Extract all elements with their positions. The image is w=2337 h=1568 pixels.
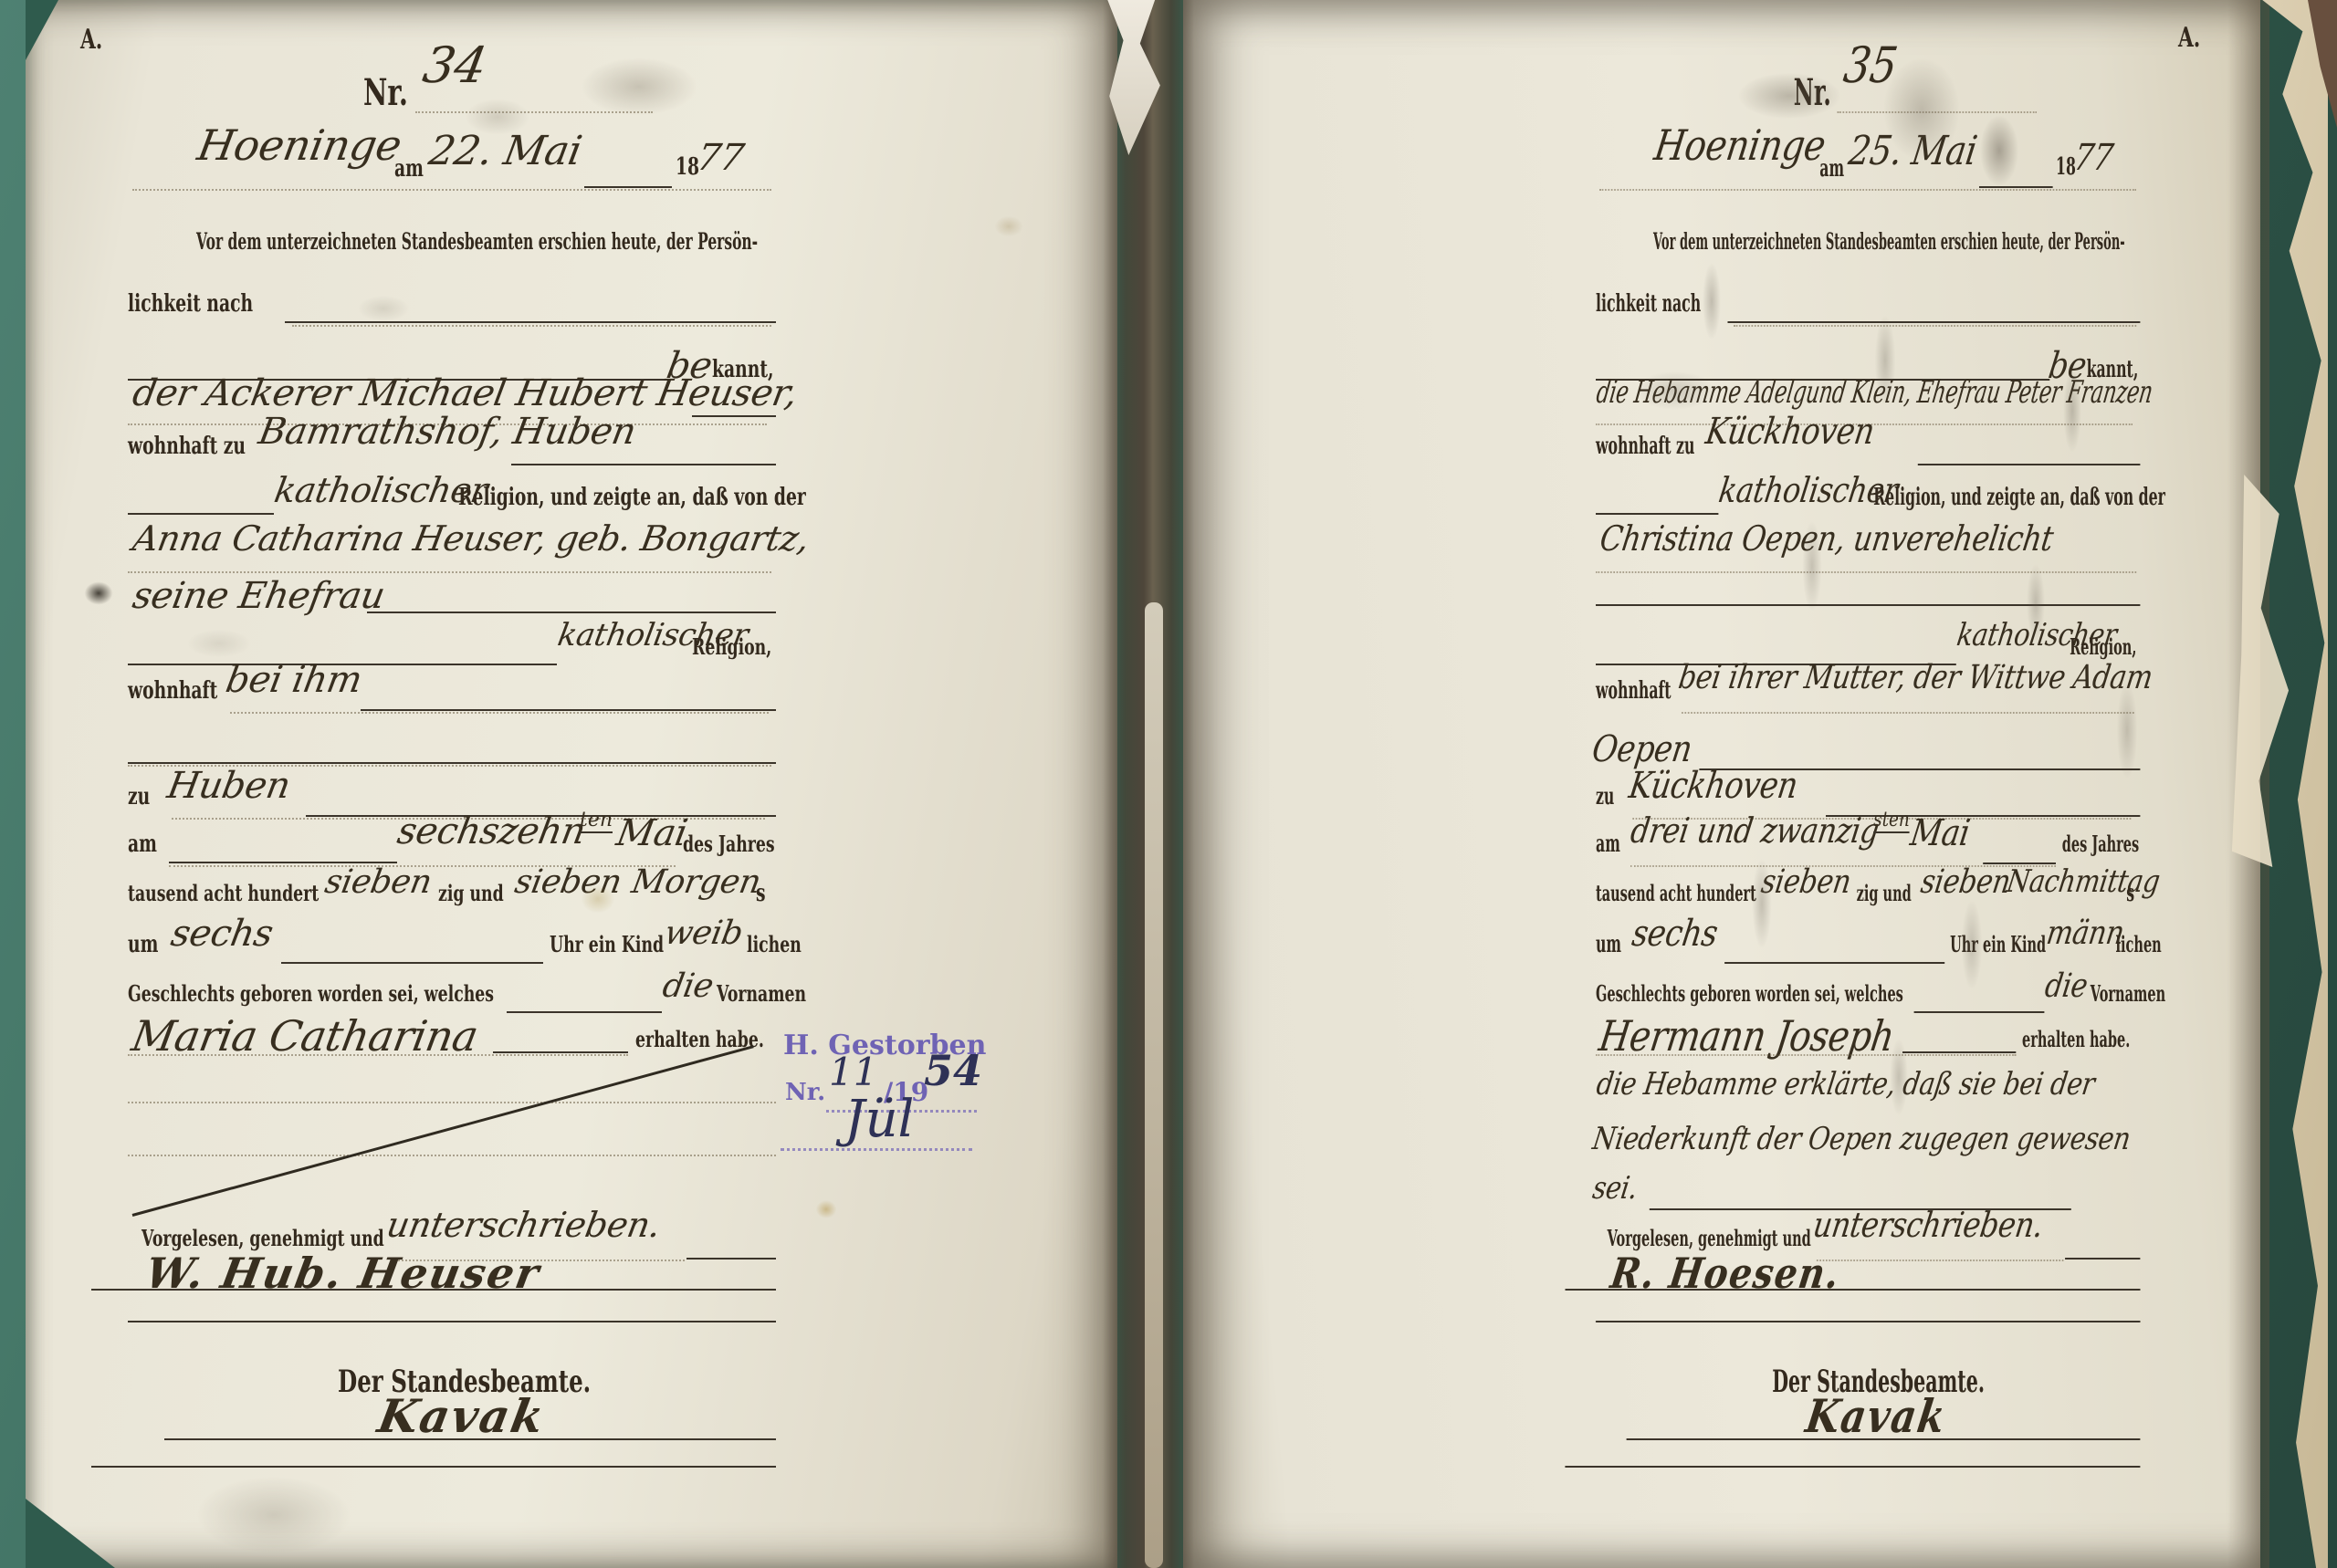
zig-und-label: zig und [1857,880,1912,906]
form-rule [1979,186,2053,188]
dotted-rule [128,1102,776,1103]
article-handwritten: die [660,967,717,1005]
registrar-signature: Kavak [1802,1389,1950,1443]
form-rule [128,513,274,515]
intro-line1: Vor dem unterzeichneten Standesbeamten e… [1653,228,2125,255]
ordinal-suffix: sten [1873,809,1910,833]
form-rule [584,186,672,188]
stamp-number-handwritten: 11 [829,1050,877,1094]
dotted-rule [128,1054,628,1056]
form-rule [1727,321,2140,323]
vorgelesen-label: Vorgelesen, genehmigt und [1608,1225,1811,1251]
ordinal-suffix: ten [580,809,613,833]
form-rule [361,709,776,711]
geschlechts-line: Geschlechts geboren worden sei, welches [128,980,494,1007]
residence-handwritten: Bamrathshof, Huben [256,411,639,453]
dotted-rule [132,189,771,191]
form-rule [1914,1011,2045,1013]
sex-handwritten: weib [662,915,746,952]
birth-month-handwritten: Mai [1908,812,1973,854]
decade-handwritten: sieben [322,863,435,901]
right-form-block: Nr. 35 Hoeninge am 25. Mai 18 77 Vor dem… [1596,0,2140,1568]
record-number: 35 [1840,37,1901,94]
uhr-ein-kind-label: Uhr ein Kind [550,931,664,957]
des-jahres-label: des Jahres [683,831,775,857]
erhalten-habe-label: erhalten habe. [2022,1026,2130,1052]
form-rule [686,1258,776,1260]
am-label2: am [1596,831,1620,858]
geschlechts-line: Geschlechts geboren worden sei, welches [1596,980,1903,1007]
registrar-signature: Kavak [374,1389,550,1443]
s-suffix-label: s [2126,880,2134,907]
form-rule [1596,1321,2140,1322]
stamp-dotted-rule [781,1148,972,1151]
left-page: A. Nr. 34 Hoeninge am 22. Mai 18 77 Vor … [26,0,1117,1568]
form-rule [91,1466,776,1468]
year-handwritten: 77 [2071,137,2116,179]
dotted-rule [292,325,771,327]
unterschrieben-handwritten: unterschrieben. [383,1205,664,1245]
form-rule [367,612,776,613]
uhr-ein-kind-label: Uhr ein Kind [1950,931,2046,957]
birth-day-handwritten: drei und zwanzig [1628,810,1881,851]
unit-handwritten: sieben [1918,863,2012,901]
des-jahres-label: des Jahres [2062,831,2139,857]
lichen-label: lichen [747,931,802,957]
place-handwritten: Hoeninge [194,120,404,170]
residence-handwritten: Kückhoven [1703,411,1878,453]
left-form-block: Nr. 34 Hoeninge am 22. Mai 18 77 Vor dem… [128,0,776,1568]
dotted-rule [128,1155,776,1156]
nr-label: Nr. [1794,71,1831,114]
corner-letter-left: A. [80,24,102,56]
nr-label: Nr. [363,71,408,114]
zig-und-label: zig und [438,880,504,906]
daypart-handwritten: Morgen [629,863,764,901]
midwife-note-line1: die Hebamme erklärte, daß sie bei der [1594,1066,2097,1103]
dotted-rule [1734,325,2136,327]
mother-line: Anna Catharina Heuser, geb. Bongartz, [130,518,812,559]
child-name-handwritten: Maria Catharina [128,1011,481,1061]
form-rule [511,464,776,465]
form-rule [164,1438,776,1440]
birth-place-handwritten: Huben [164,765,293,807]
um-label: um [128,931,158,958]
wohnhaft-zu-label: wohnhaft zu [1596,433,1694,460]
religion-anzeige-label: Religion, und zeigte an, daß von der [458,484,806,511]
midwife-note-line2: Niederkunft der Oepen zugegen gewesen [1590,1121,2133,1157]
form-rule [128,762,776,764]
zu-label: zu [1596,783,1614,810]
form-rule [1918,464,2141,465]
corner-letter-right: A. [2178,22,2200,54]
um-label: um [1596,931,1621,958]
form-rule [1724,962,1944,964]
midwife-note-line3: sei. [1590,1170,1640,1207]
dotted-rule [1682,712,2134,714]
form-rule [1902,1051,2016,1053]
decade-handwritten: sieben [1759,863,1853,901]
lives-with-handwritten: bei ihm [223,659,365,701]
record-number: 34 [419,37,491,94]
stamp-year-handwritten: 54 [924,1046,982,1095]
religion-label: Religion, [692,633,771,660]
form-rule [507,1011,662,1013]
stamp-nr-label: Nr. [785,1079,825,1106]
declarant-line: der Ackerer Michael Hubert Heuser, [130,372,801,414]
tausend-label: tausend acht hundert [128,880,319,906]
vornamen-label: Vornamen [2091,980,2165,1007]
cancellation-slash [132,1045,754,1217]
form-rule [1627,1438,2141,1440]
dotted-rule [1838,111,2037,113]
form-rule [128,1321,776,1322]
lichen-label: lichen [2116,931,2162,957]
form-rule [493,1051,628,1053]
declarant-line: die Hebamme Adelgund Klein, Ehefrau Pete… [1594,374,2154,411]
mother-line: Christina Oepen, unverehelicht [1598,518,2056,559]
dotted-rule [1596,571,2136,573]
sex-handwritten: männ [2044,915,2126,952]
form-rule [281,962,543,964]
am-label: am [1819,155,1844,183]
dotted-rule [415,111,653,113]
form-rule [1565,1466,2140,1468]
daypart-handwritten: Nachmittag [2005,863,2163,900]
unterschrieben-handwritten: unterschrieben. [1810,1205,2046,1245]
hour-handwritten: sechs [168,913,277,955]
intro-line2: lichkeit nach [128,290,253,318]
form-rule [1596,513,1718,515]
birth-place-handwritten: Kückhoven [1627,765,1801,807]
wohnhaft-label: wohnhaft [1596,677,1672,705]
religion-anzeige-label: Religion, und zeigte an, daß von der [1873,484,2165,511]
vornamen-label: Vornamen [717,980,806,1007]
date-handwritten: 22. Mai [425,128,585,174]
hour-handwritten: sechs [1630,913,1721,955]
registry-book-scan: A. Nr. 34 Hoeninge am 22. Mai 18 77 Vor … [0,0,2337,1568]
intro-line2: lichkeit nach [1596,290,1701,318]
am-label2: am [128,831,157,858]
am-label: am [394,155,424,183]
form-rule [285,321,776,323]
right-page: A. Nr. 35 Hoeninge am 25. Mai 18 77 Vor … [1183,0,2260,1568]
dotted-rule [128,571,771,573]
birth-month-handwritten: Mai [613,812,690,854]
s-suffix-label: s [756,880,766,907]
tausend-label: tausend acht hundert [1596,880,1756,906]
wohnhaft-zu-label: wohnhaft zu [128,433,246,460]
form-rule [1596,604,2140,606]
child-name-handwritten: Hermann Joseph [1596,1011,1897,1061]
religion-label: Religion, [2070,633,2136,660]
form-rule [1565,1289,2140,1291]
year-handwritten: 77 [694,137,747,179]
vorgelesen-label: Vorgelesen, genehmigt und [141,1225,384,1251]
dotted-rule [230,712,769,714]
dotted-rule [1817,1260,2063,1261]
unit-handwritten: sieben [512,863,624,901]
intro-line1: Vor dem unterzeichneten Standesbeamten e… [196,228,758,255]
birth-day-handwritten: sechszehn [394,810,589,852]
relation-line: seine Ehefrau [130,575,388,617]
form-rule [692,415,776,417]
place-handwritten: Hoeninge [1651,120,1829,170]
date-handwritten: 25. Mai [1846,128,1980,174]
form-rule [2065,1258,2140,1260]
article-handwritten: die [2043,967,2091,1005]
spine-paper-curl [1145,602,1163,1568]
dotted-rule [1596,1054,2016,1056]
wohnhaft-label: wohnhaft [128,677,217,705]
lives-with-handwritten: bei ihrer Mutter, der Wittwe Adam [1676,659,2154,696]
zu-label: zu [128,783,150,810]
stamp-initials-handwritten: Jül [844,1090,914,1149]
dotted-rule [1599,189,2136,191]
form-rule [91,1289,776,1291]
